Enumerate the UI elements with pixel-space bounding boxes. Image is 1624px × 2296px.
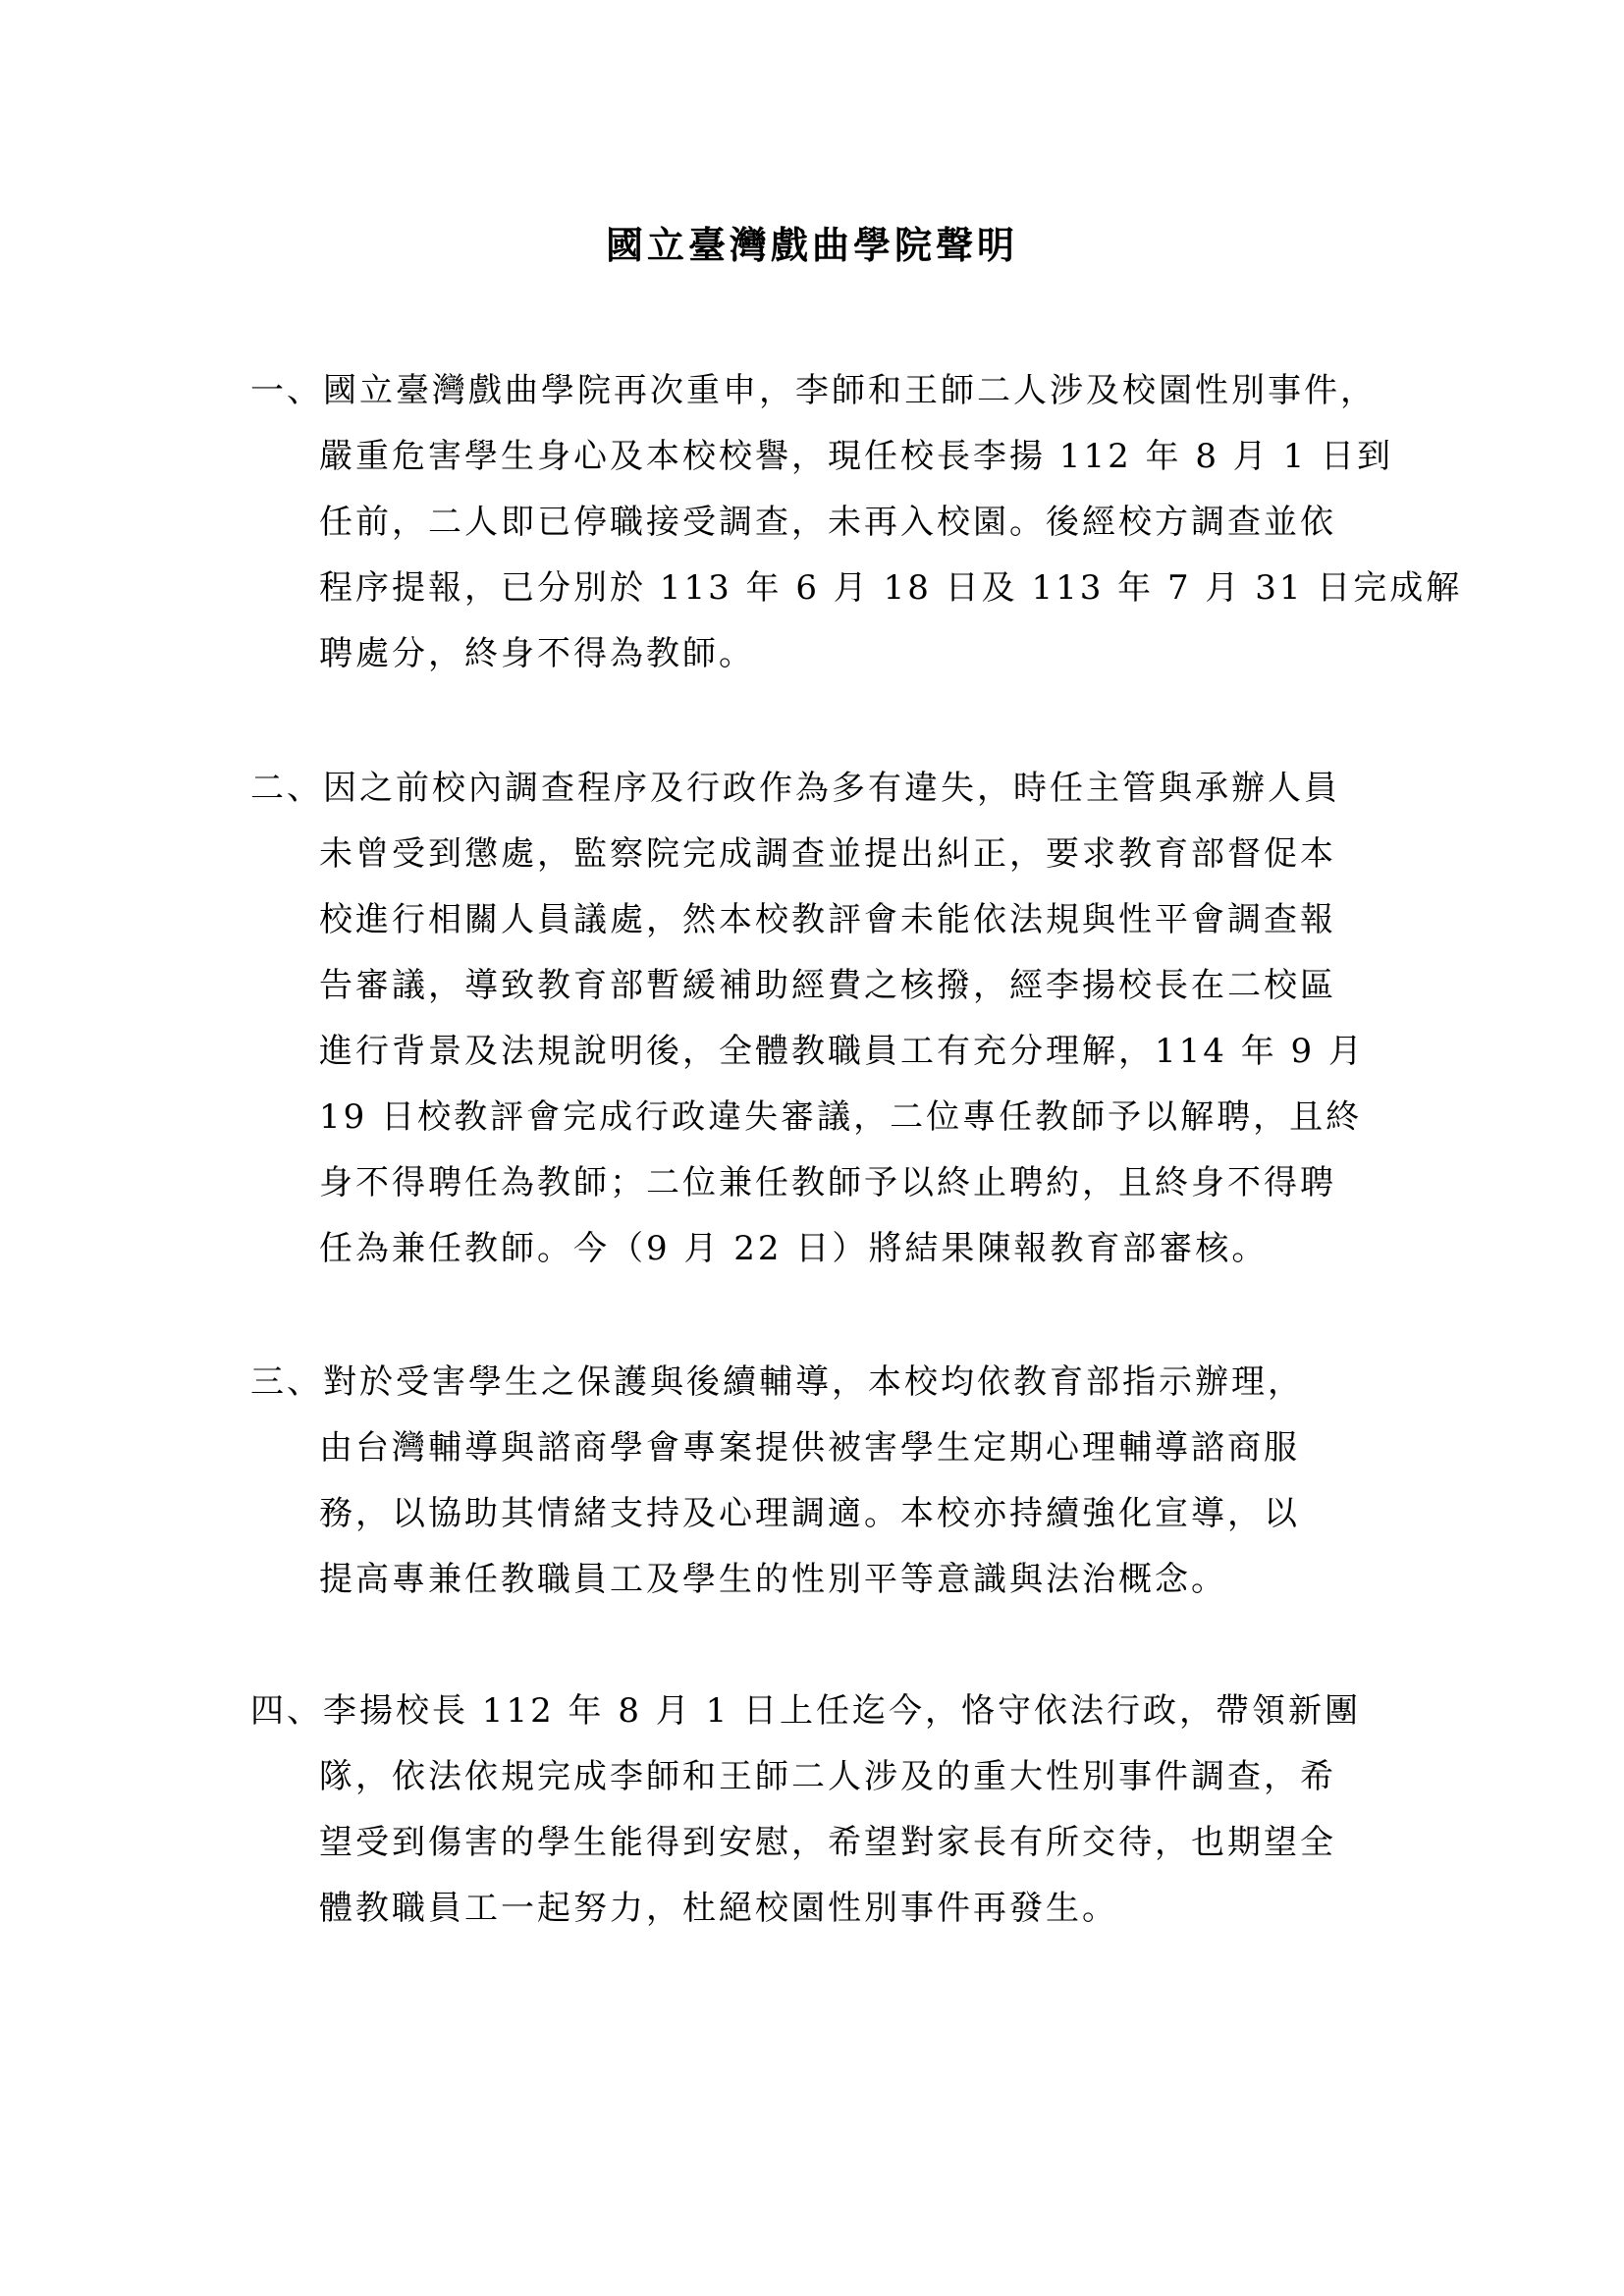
line-text: 國立臺灣戲曲學院再次重申，李師和王師二人涉及校園性別事件，: [323, 371, 1377, 410]
paragraph-line: 嚴重危害學生身心及本校校譽，現任校長李揚 112 年 8 月 1 日到: [250, 424, 1389, 490]
paragraph-line: 提高專兼任教職員工及學生的性別平等意識與法治概念。: [250, 1547, 1389, 1613]
line-text: 對於受害學生之保護與後續輔導，本校均依教育部指示辦理，: [323, 1362, 1304, 1402]
line-text: 李揚校長 112 年 8 月 1 日上任迄今，恪守依法行政，帶領新團: [323, 1691, 1361, 1731]
paragraph-line: 進行背景及法規說明後，全體教職員工有充分理解，114 年 9 月: [250, 1019, 1389, 1085]
paragraph-line: 體教職員工一起努力，杜絕校園性別事件再發生。: [250, 1876, 1389, 1942]
paragraph-line: 二、因之前校內調查程序及行政作為多有違失，時任主管與承辦人員: [250, 756, 1389, 822]
paragraph-line: 由台灣輔導與諮商學會專案提供被害學生定期心理輔導諮商服: [250, 1415, 1389, 1481]
document-title: 國立臺灣戲曲學院聲明: [0, 218, 1624, 273]
paragraph-line: 四、李揚校長 112 年 8 月 1 日上任迄今，恪守依法行政，帶領新團: [250, 1679, 1389, 1744]
paragraph-2: 二、因之前校內調查程序及行政作為多有違失，時任主管與承辦人員 未曾受到懲處，監察…: [250, 756, 1389, 1282]
paragraph-marker: 四、: [250, 1679, 323, 1744]
paragraph-4: 四、李揚校長 112 年 8 月 1 日上任迄今，恪守依法行政，帶領新團 隊，依…: [250, 1679, 1389, 1942]
paragraph-line: 三、對於受害學生之保護與後續輔導，本校均依教育部指示辦理，: [250, 1350, 1389, 1415]
line-text: 因之前校內調查程序及行政作為多有違失，時任主管與承辦人員: [323, 769, 1340, 808]
paragraph-line: 程序提報，已分別於 113 年 6 月 18 日及 113 年 7 月 31 日…: [250, 556, 1389, 621]
paragraph-1: 一、國立臺灣戲曲學院再次重申，李師和王師二人涉及校園性別事件， 嚴重危害學生身心…: [250, 358, 1389, 687]
paragraph-line: 隊，依法依規完成李師和王師二人涉及的重大性別事件調查，希: [250, 1744, 1389, 1810]
paragraph-line: 聘處分，終身不得為教師。: [250, 621, 1389, 687]
paragraph-line: 告審議，導致教育部暫緩補助經費之核撥，經李揚校長在二校區: [250, 953, 1389, 1019]
paragraph-line: 校進行相關人員議處，然本校教評會未能依法規與性平會調查報: [250, 887, 1389, 953]
paragraph-3: 三、對於受害學生之保護與後續輔導，本校均依教育部指示辦理， 由台灣輔導與諮商學會…: [250, 1350, 1389, 1613]
paragraph-line: 身不得聘任為教師；二位兼任教師予以終止聘約，且終身不得聘: [250, 1150, 1389, 1216]
paragraph-marker: 二、: [250, 756, 323, 822]
paragraph-line: 務，以協助其情緒支持及心理調適。本校亦持續強化宣導，以: [250, 1481, 1389, 1547]
paragraph-line: 望受到傷害的學生能得到安慰，希望對家長有所交待，也期望全: [250, 1810, 1389, 1876]
paragraph-line: 任前，二人即已停職接受調查，未再入校園。後經校方調查並依: [250, 490, 1389, 556]
paragraph-line: 任為兼任教師。今（9 月 22 日）將結果陳報教育部審核。: [250, 1216, 1389, 1282]
paragraph-marker: 三、: [250, 1350, 323, 1415]
paragraph-line: 19 日校教評會完成行政違失審議，二位專任教師予以解聘，且終: [250, 1085, 1389, 1150]
paragraph-line: 未曾受到懲處，監察院完成調查並提出糾正，要求教育部督促本: [250, 822, 1389, 887]
paragraph-line: 一、國立臺灣戲曲學院再次重申，李師和王師二人涉及校園性別事件，: [250, 358, 1389, 424]
paragraph-marker: 一、: [250, 358, 323, 424]
